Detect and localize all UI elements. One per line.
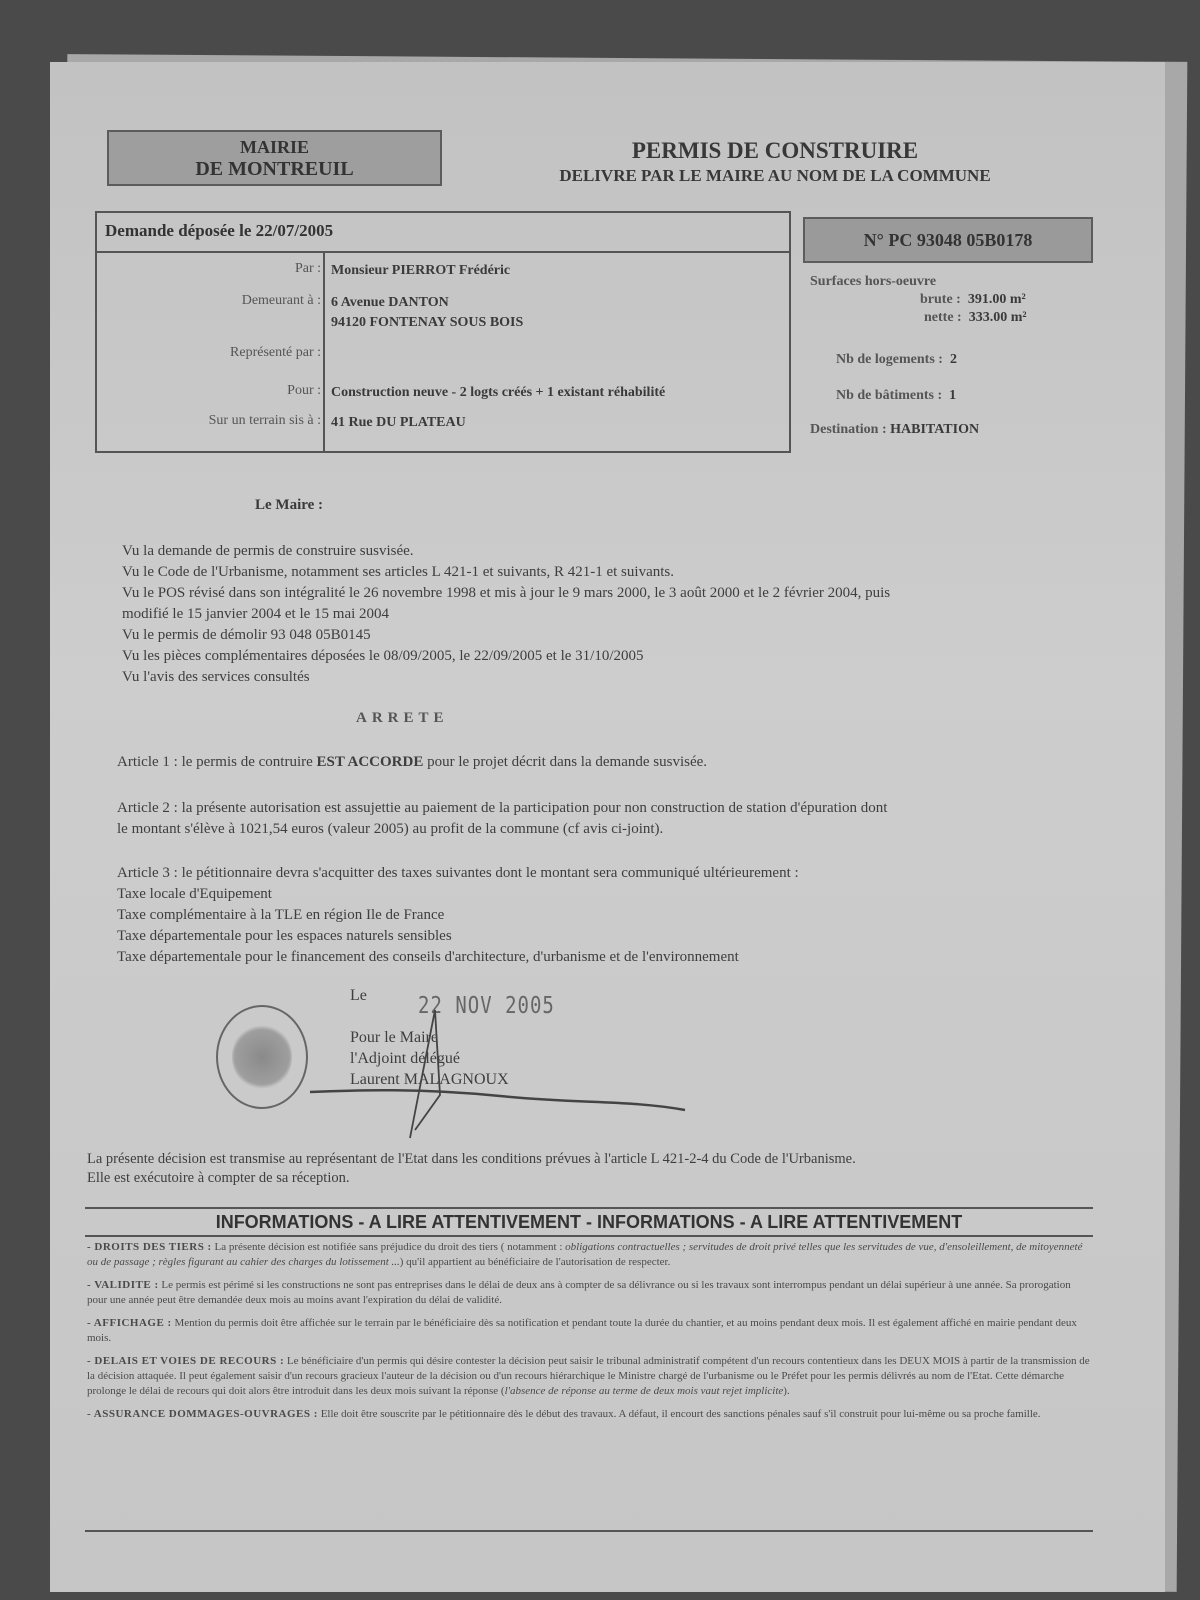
- official-seal-icon: [216, 1005, 308, 1109]
- surface-brute: brute : 391.00 m²: [920, 292, 1026, 308]
- tax-item: Taxe départementale pour les espaces nat…: [117, 926, 1097, 947]
- nette-label: nette :: [924, 310, 962, 325]
- info-validite: - VALIDITE : Le permis est périmé si les…: [87, 1278, 1092, 1308]
- bottom-rule: [85, 1530, 1093, 1532]
- logements-value: 2: [950, 352, 957, 367]
- info-key: - ASSURANCE DOMMAGES-OUVRAGES :: [87, 1408, 318, 1420]
- info-key: - DROITS DES TIERS :: [87, 1241, 212, 1253]
- tax-item: Taxe complémentaire à la TLE en région I…: [117, 905, 1097, 926]
- row-label: Représenté par :: [230, 345, 321, 361]
- article1-text: Article 1 : le permis de contruire: [117, 754, 317, 770]
- permit-number-box: N° PC 93048 05B0178: [803, 217, 1093, 263]
- logements: Nb de logements : 2: [836, 352, 957, 368]
- mairie-header-box: MAIRIE DE MONTREUIL: [107, 130, 442, 186]
- row-label: Sur un terrain sis à :: [209, 413, 321, 429]
- request-box: Demande déposée le 22/07/2005 Par : Mons…: [95, 211, 791, 453]
- request-divider: [323, 253, 325, 451]
- info-text: La présente décision est notifiée sans p…: [212, 1241, 565, 1253]
- row-value: 6 Avenue DANTON 94120 FONTENAY SOUS BOIS: [331, 293, 523, 333]
- vu-list: Vu la demande de permis de construire su…: [122, 541, 890, 688]
- info-text: Le permis est périmé si les construction…: [87, 1279, 1071, 1306]
- vu-item: Vu la demande de permis de construire su…: [122, 541, 890, 562]
- address-line1: 6 Avenue DANTON: [331, 295, 449, 310]
- brute-label: brute :: [920, 292, 961, 307]
- article2-line2: le montant s'élève à 1021,54 euros (vale…: [117, 819, 1097, 840]
- information-banner: INFORMATIONS - A LIRE ATTENTIVEMENT - IN…: [85, 1207, 1093, 1237]
- info-tail: ) qu'il appartient au bénéficiaire de l'…: [400, 1256, 671, 1268]
- info-text: Elle doit être souscrite par le pétition…: [318, 1408, 1041, 1420]
- mairie-line1: MAIRIE: [109, 136, 440, 158]
- row-label: Demeurant à :: [242, 293, 321, 309]
- transmission-line2: Elle est exécutoire à compter de sa réce…: [87, 1169, 856, 1188]
- article1-bold: EST ACCORDE: [317, 754, 424, 770]
- row-value: Construction neuve - 2 logts créés + 1 e…: [331, 383, 665, 403]
- row-label: Par :: [295, 261, 321, 277]
- vu-item: Vu le permis de démolir 93 048 05B0145: [122, 625, 890, 646]
- info-delais-recours: - DELAIS ET VOIES DE RECOURS : Le bénéfi…: [87, 1354, 1092, 1399]
- info-tail: ).: [783, 1385, 789, 1397]
- le-maire-heading: Le Maire :: [255, 497, 323, 514]
- destination: Destination : HABITATION: [810, 422, 979, 438]
- info-italic: l'absence de réponse au terme de deux mo…: [505, 1385, 784, 1397]
- row-label: Pour :: [287, 383, 321, 399]
- document-title: PERMIS DE CONSTRUIRE DELIVRE PAR LE MAIR…: [495, 138, 1055, 186]
- mairie-line2: DE MONTREUIL: [109, 158, 440, 180]
- info-assurance: - ASSURANCE DOMMAGES-OUVRAGES : Elle doi…: [87, 1407, 1092, 1422]
- title-sub: DELIVRE PAR LE MAIRE AU NOM DE LA COMMUN…: [495, 166, 1055, 186]
- article-3: Article 3 : le pétitionnaire devra s'acq…: [117, 863, 1097, 968]
- batiments: Nb de bâtiments : 1: [836, 388, 956, 404]
- batiments-value: 1: [949, 388, 956, 403]
- surface-nette: nette : 333.00 m²: [924, 310, 1027, 326]
- destination-label: Destination :: [810, 422, 887, 437]
- row-value: 41 Rue DU PLATEAU: [331, 413, 466, 433]
- vu-item: modifié le 15 janvier 2004 et le 15 mai …: [122, 604, 890, 625]
- info-key: - DELAIS ET VOIES DE RECOURS :: [87, 1355, 284, 1367]
- information-list: - DROITS DES TIERS : La présente décisio…: [87, 1240, 1092, 1430]
- handwritten-signature-icon: [300, 1000, 700, 1150]
- tax-item: Taxe locale d'Equipement: [117, 884, 1097, 905]
- transmission-notice: La présente décision est transmise au re…: [87, 1150, 856, 1188]
- vu-item: Vu le POS révisé dans son intégralité le…: [122, 583, 890, 604]
- request-body: Par : Monsieur PIERROT Frédéric Demeuran…: [97, 253, 789, 451]
- vu-item: Vu les pièces complémentaires déposées l…: [122, 646, 890, 667]
- logements-label: Nb de logements :: [836, 352, 943, 367]
- info-key: - VALIDITE :: [87, 1279, 159, 1291]
- address-line2: 94120 FONTENAY SOUS BOIS: [331, 315, 523, 330]
- batiments-label: Nb de bâtiments :: [836, 388, 942, 403]
- article3-intro: Article 3 : le pétitionnaire devra s'acq…: [117, 863, 1097, 884]
- title-main: PERMIS DE CONSTRUIRE: [495, 138, 1055, 164]
- info-affichage: - AFFICHAGE : Mention du permis doit êtr…: [87, 1316, 1092, 1346]
- tax-item: Taxe départementale pour le financement …: [117, 947, 1097, 968]
- brute-value: 391.00 m²: [968, 292, 1026, 307]
- surfaces-label: Surfaces hors-oeuvre: [810, 274, 936, 290]
- destination-value: HABITATION: [890, 422, 979, 437]
- article2-line1: Article 2 : la présente autorisation est…: [117, 798, 1097, 819]
- transmission-line1: La présente décision est transmise au re…: [87, 1150, 856, 1169]
- row-value: Monsieur PIERROT Frédéric: [331, 261, 510, 281]
- arrete-heading: ARRETE: [356, 710, 449, 727]
- vu-item: Vu l'avis des services consultés: [122, 667, 890, 688]
- article-2: Article 2 : la présente autorisation est…: [117, 798, 1097, 840]
- request-heading: Demande déposée le 22/07/2005: [97, 213, 789, 253]
- nette-value: 333.00 m²: [969, 310, 1027, 325]
- article1-suffix: pour le projet décrit dans la demande su…: [423, 754, 707, 770]
- info-text: Mention du permis doit être affichée sur…: [87, 1317, 1077, 1344]
- info-key: - AFFICHAGE :: [87, 1317, 172, 1329]
- vu-item: Vu le Code de l'Urbanisme, notamment ses…: [122, 562, 890, 583]
- article-1: Article 1 : le permis de contruire EST A…: [117, 752, 1097, 773]
- info-droits-des-tiers: - DROITS DES TIERS : La présente décisio…: [87, 1240, 1092, 1270]
